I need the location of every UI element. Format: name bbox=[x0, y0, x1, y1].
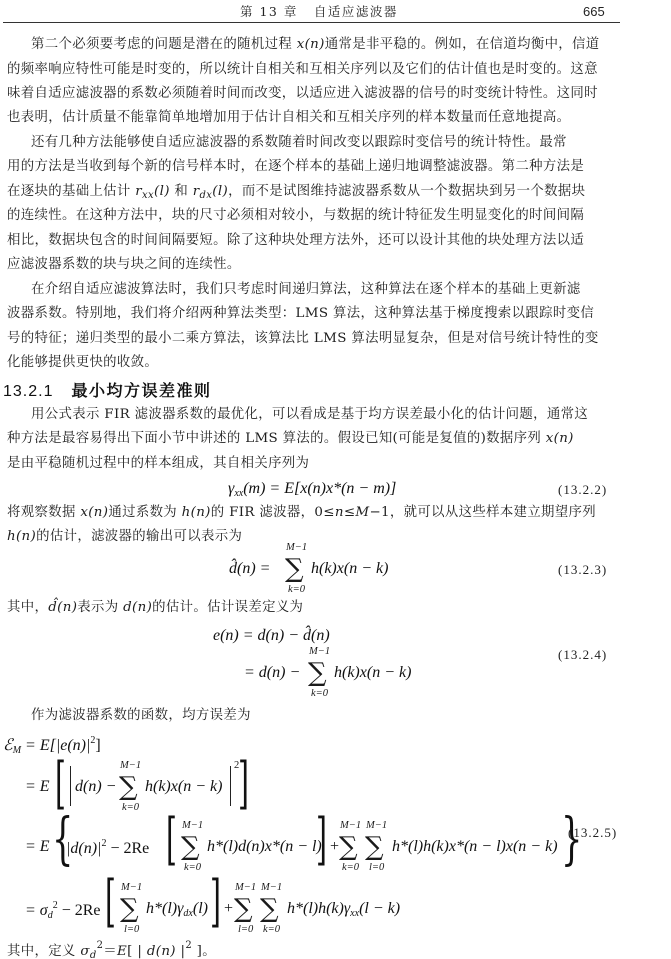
paragraph-2-line-3: 在逐块的基础上估计 rxx(l) 和 rdx(l)，而不是试图维持滤波器系数从一… bbox=[7, 184, 585, 204]
paragraph-3-line-2: 波器系数。特别地，我们将介绍两种算法类型：LMS 算法，这种算法基于梯度搜索以跟… bbox=[7, 306, 594, 322]
section-number: 13.2.1 bbox=[3, 383, 53, 400]
paragraph-2-line-1: 还有几种方法能够使自适应滤波器的系数随着时间改变以跟踪时变信号的统计特性。最常 bbox=[31, 135, 567, 151]
paragraph-4-line-2: 种方法是最容易得出下面小节中讲述的 LMS 算法的。假设已知(可能是复值的)数据… bbox=[7, 431, 574, 447]
equation-number-13-2-3: (13.2.3) bbox=[558, 562, 607, 578]
paragraph-1-line-4: 也表明，估计质量不能靠简单地增加用于估计自相关和互相关序列的样本数量而任意地提高… bbox=[7, 110, 570, 126]
chapter-title: 自适应滤波器 bbox=[314, 4, 398, 19]
paragraph-6-line-1: 其中，d̂(n)表示为 d(n)的估计。估计误差定义为 bbox=[7, 600, 303, 616]
paragraph-1-line-2: 的频率响应特性可能是时变的，所以统计自相关和互相关序列以及它们的估计值也是时变的… bbox=[7, 62, 598, 78]
paragraph-5-line-2: h(n)的估计，滤波器的输出可以表示为 bbox=[7, 529, 242, 545]
running-header: 第 13 章自适应滤波器 bbox=[240, 2, 398, 20]
page-number: 665 bbox=[583, 4, 605, 19]
paragraph-1-line-1: 第二个必须要考虑的问题是潜在的随机过程 x(n)通常是非平稳的。例如，在信道均衡… bbox=[31, 37, 600, 53]
summation-icon: ∑ bbox=[308, 660, 327, 686]
abs-bar-icon bbox=[70, 766, 71, 806]
paragraph-5-line-1: 将观察数据 x(n)通过系数为 h(n)的 FIR 滤波器，0≤n≤M−1，就可… bbox=[7, 505, 596, 521]
page-header: 第 13 章自适应滤波器 665 bbox=[0, 0, 671, 26]
summation-icon: ∑ bbox=[120, 896, 139, 922]
summation-icon: ∑ bbox=[339, 834, 358, 860]
paragraph-2-line-2: 用的方法是当收到每个新的信号样本时，在逐个样本的基础上递归地调整滤波器。第二种方… bbox=[7, 159, 584, 175]
paragraph-7-line-1: 作为滤波器系数的函数，均方误差为 bbox=[31, 708, 251, 724]
summation-icon: ∑ bbox=[260, 896, 279, 922]
left-bracket-icon: [ bbox=[105, 874, 116, 930]
chapter-number: 第 13 章 bbox=[240, 4, 298, 19]
abs-bar-icon bbox=[230, 766, 231, 806]
summation-icon: ∑ bbox=[234, 896, 253, 922]
right-bracket-icon: ] bbox=[210, 874, 221, 930]
equation-number-13-2-4: (13.2.4) bbox=[558, 647, 607, 663]
paragraph-3-line-1: 在介绍自适应滤波算法时，我们只考虑时间递归算法，这种算法在逐个样本的基础上更新滤 bbox=[31, 282, 581, 298]
paragraph-8-line-1: 其中，定义 σd2＝E[ | d(n) |2 ]。 bbox=[7, 938, 216, 959]
section-title: 最小均方误差准则 bbox=[71, 381, 211, 400]
equation-number-13-2-2: (13.2.2) bbox=[558, 482, 607, 498]
left-bracket-icon: [ bbox=[55, 756, 66, 812]
paragraph-4-line-1: 用公式表示 FIR 滤波器系数的最优化，可以看成是基于均方误差最小化的估计问题，… bbox=[31, 407, 588, 423]
paragraph-2-line-6: 应滤波器系数的块与块之间的连续性。 bbox=[7, 257, 241, 273]
right-bracket-icon: ] bbox=[316, 812, 327, 868]
summation-icon: ∑ bbox=[119, 774, 138, 800]
paragraph-4-line-3: 是由平稳随机过程中的样本组成，其自相关序列为 bbox=[7, 456, 309, 472]
paragraph-2-line-5: 相比，数据块包含的时间间隔要短。除了这种块处理方法外，还可以设计其他的块处理方法… bbox=[7, 233, 584, 249]
summation-icon: ∑ bbox=[285, 556, 304, 582]
summation-icon: ∑ bbox=[365, 834, 384, 860]
equation-number-13-2-5: (13.2.5) bbox=[568, 825, 617, 841]
equation-13-2-2: γxx(m) = E[x(n)x*(n − m)] bbox=[228, 480, 396, 499]
paragraph-2-line-4: 的连续性。在这种方法中，块的尺寸必须相对较小，与数据的统计特征发生明显变化的时间… bbox=[7, 208, 584, 224]
right-bracket-icon: ] bbox=[238, 756, 249, 812]
paragraph-3-line-3: 号的特征；递归类型的最小二乘方算法，该算法比 LMS 算法明显复杂，但是对信号统… bbox=[7, 331, 599, 347]
header-rule bbox=[3, 22, 620, 23]
paragraph-3-line-4: 化能够提供更快的收敛。 bbox=[7, 355, 158, 371]
paragraph-1-line-3: 味着自适应滤波器的系数必须随着时间而改变，以适应进入滤波器的信号的时变统计特性。… bbox=[7, 86, 598, 102]
summation-icon: ∑ bbox=[181, 834, 200, 860]
section-heading: 13.2.1最小均方误差准则 bbox=[3, 378, 212, 401]
left-bracket-icon: [ bbox=[166, 812, 177, 868]
